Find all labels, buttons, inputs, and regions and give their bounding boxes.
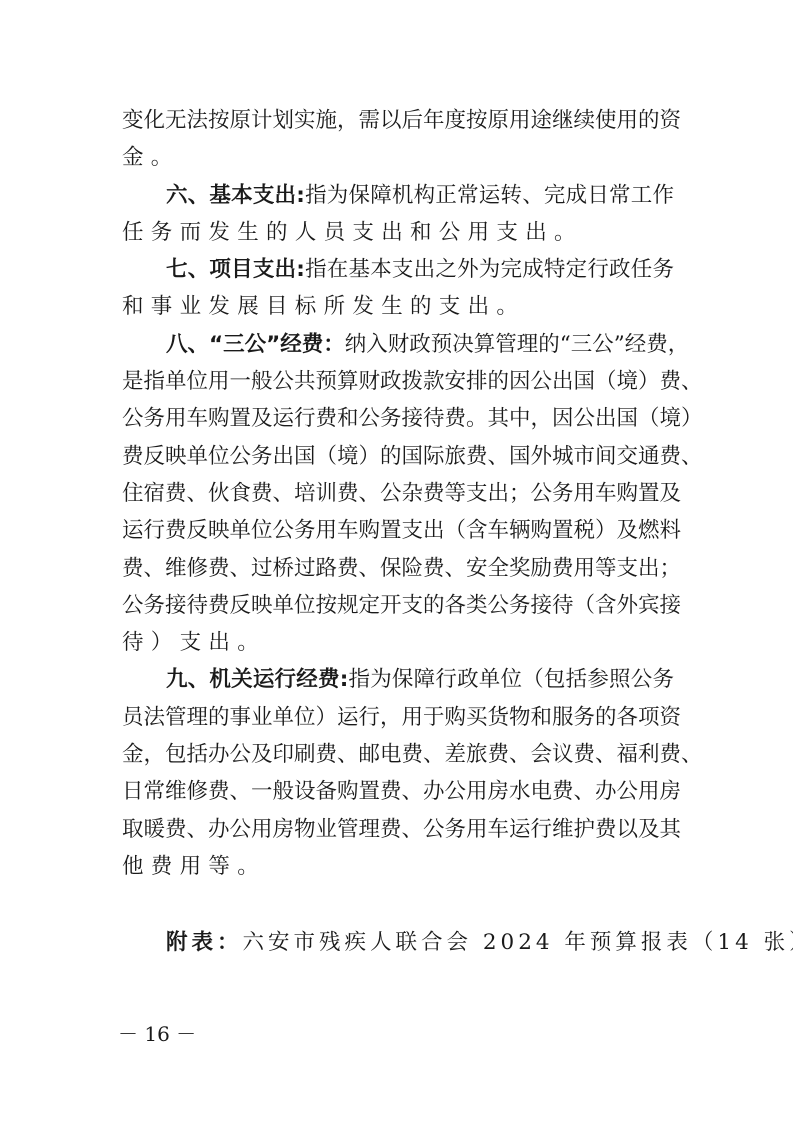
paragraph-line: 是指单位用一般公共预算财政拨款安排的因公出国（境）费、 xyxy=(122,363,674,400)
paragraph-line: 任务而发生的人员支出和公用支出。 xyxy=(122,214,674,251)
document-body: 变化无法按原计划实施，需以后年度按原用途继续使用的资 金。 六、基本支出:指为保… xyxy=(122,102,674,885)
paragraph-line: 费、维修费、过桥过路费、保险费、安全奖励费用等支出； xyxy=(122,550,674,587)
attachment-note: 附表：六安市残疾人联合会 2024 年预算报表（14 张） xyxy=(166,925,793,956)
paragraph-line: 和事业发展目标所发生的支出。 xyxy=(122,288,674,325)
section-title: 九、机关运行经费: xyxy=(166,667,348,692)
paragraph-line: 待）支出。 xyxy=(122,624,674,661)
section-agency-operating-funds: 九、机关运行经费:指为保障行政单位（包括参照公务 xyxy=(122,661,674,698)
paragraph-line: 公务接待费反映单位按规定开支的各类公务接待（含外宾接 xyxy=(122,587,674,624)
section-title: 六、基本支出: xyxy=(166,183,305,208)
section-title: 七、项目支出: xyxy=(166,257,305,282)
paragraph-line: 金。 xyxy=(122,139,674,176)
paragraph-line: 费反映单位公务出国（境）的国际旅费、国外城市间交通费、 xyxy=(122,438,674,475)
section-basic-expenditure: 六、基本支出:指为保障机构正常运转、完成日常工作 xyxy=(122,177,674,214)
paragraph-line: 变化无法按原计划实施，需以后年度按原用途继续使用的资 xyxy=(122,102,674,139)
paragraph-line: 金，包括办公及印刷费、邮电费、差旅费、会议费、福利费、 xyxy=(122,736,674,773)
section-project-expenditure: 七、项目支出:指在基本支出之外为完成特定行政任务 xyxy=(122,251,674,288)
paragraph-line: 取暖费、办公用房物业管理费、公务用车运行维护费以及其 xyxy=(122,811,674,848)
paragraph-line: 员法管理的事业单位）运行，用于购买货物和服务的各项资 xyxy=(122,699,674,736)
page-number: － 16 － xyxy=(118,1018,196,1047)
attachment-label: 附表： xyxy=(166,930,243,955)
section-three-public-funds: 八、“三公”经费：纳入财政预决算管理的“三公”经费， xyxy=(122,326,674,363)
paragraph-line: 运行费反映单位公务用车购置支出（含车辆购置税）及燃料 xyxy=(122,512,674,549)
paragraph-line: 住宿费、伙食费、培训费、公杂费等支出；公务用车购置及 xyxy=(122,475,674,512)
attachment-text: 六安市残疾人联合会 2024 年预算报表（14 张） xyxy=(243,930,793,955)
paragraph-line: 他费用等。 xyxy=(122,848,674,885)
section-title: 八、“三公”经费： xyxy=(166,332,345,357)
paragraph-line: 公务用车购置及运行费和公务接待费。其中，因公出国（境） xyxy=(122,400,674,437)
paragraph-line: 日常维修费、一般设备购置费、办公用房水电费、办公用房 xyxy=(122,773,674,810)
